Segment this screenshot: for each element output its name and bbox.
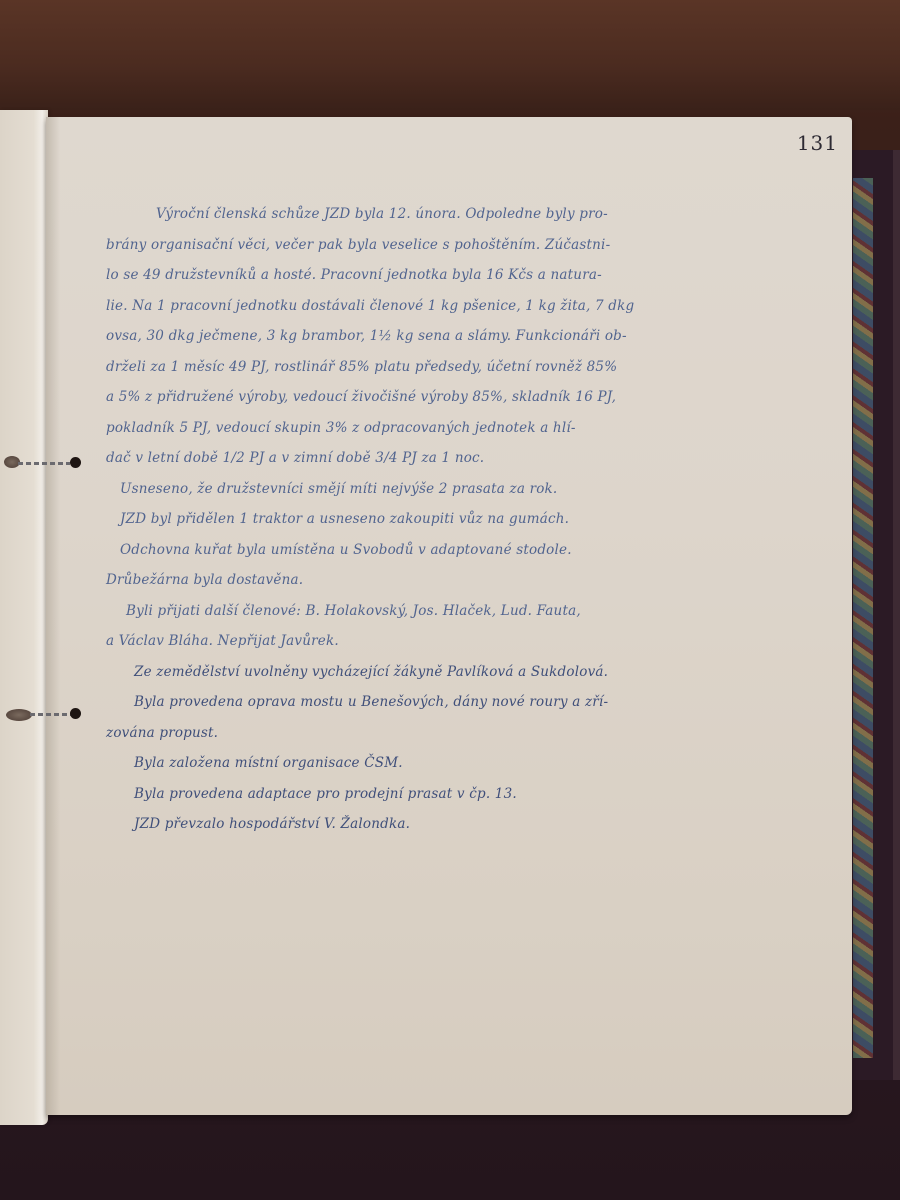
binding-hole: [70, 457, 81, 468]
text-line: dač v letní době 1/2 PJ a v zimní době 3…: [106, 443, 796, 474]
text-line: a 5% z přidružené výroby, vedoucí živoči…: [106, 382, 796, 413]
text-line: Výroční členská schůze JZD byla 12. únor…: [106, 199, 796, 230]
text-line: lo se 49 družstevníků a hosté. Pracovní …: [106, 260, 796, 291]
text-line: JZD převzalo hospodářství V. Žalondka.: [106, 809, 796, 840]
ledger-page: 131 Výroční členská schůze JZD byla 12. …: [46, 117, 852, 1115]
text-line: Drůbežárna byla dostavěna.: [106, 565, 796, 596]
text-line: Odchovna kuřat byla umístěna u Svobodů v…: [106, 535, 796, 566]
text-line: Byli přijati další členové: B. Holakovsk…: [106, 596, 796, 627]
binding-thread: [30, 713, 72, 716]
text-line: Byla provedena adaptace pro prodejní pra…: [106, 779, 796, 810]
text-line: brány organisační věci, večer pak byla v…: [106, 230, 796, 261]
text-line: lie. Na 1 pracovní jednotku dostávali čl…: [106, 291, 796, 322]
text-line: Byla provedena oprava mostu u Benešových…: [106, 687, 796, 718]
marbled-book-edge: [853, 178, 873, 1058]
binding-thread-knot: [6, 709, 32, 721]
binding-thread: [18, 462, 70, 465]
handwritten-text: Výroční členská schůze JZD byla 12. únor…: [106, 199, 796, 840]
binding-hole: [70, 708, 81, 719]
page-number: 131: [797, 131, 838, 155]
text-line: Usneseno, že družstevníci smějí míti nej…: [106, 474, 796, 505]
text-line: zována propust.: [106, 718, 796, 749]
wooden-table-background: [0, 0, 900, 110]
text-line: a Václav Bláha. Nepřijat Javůrek.: [106, 626, 796, 657]
previous-page-edge: [0, 110, 48, 1125]
text-line: JZD byl přidělen 1 traktor a usneseno za…: [106, 504, 796, 535]
text-line: Ze zemědělství uvolněny vycházející žáky…: [106, 657, 796, 688]
text-line: Byla založena místní organisace ČSM.: [106, 748, 796, 779]
text-line: ovsa, 30 dkg ječmene, 3 kg brambor, 1½ k…: [106, 321, 796, 352]
text-line: drželi za 1 měsíc 49 PJ, rostlinář 85% p…: [106, 352, 796, 383]
book-cover-edge: [893, 150, 900, 1080]
text-line: pokladník 5 PJ, vedoucí skupin 3% z odpr…: [106, 413, 796, 444]
